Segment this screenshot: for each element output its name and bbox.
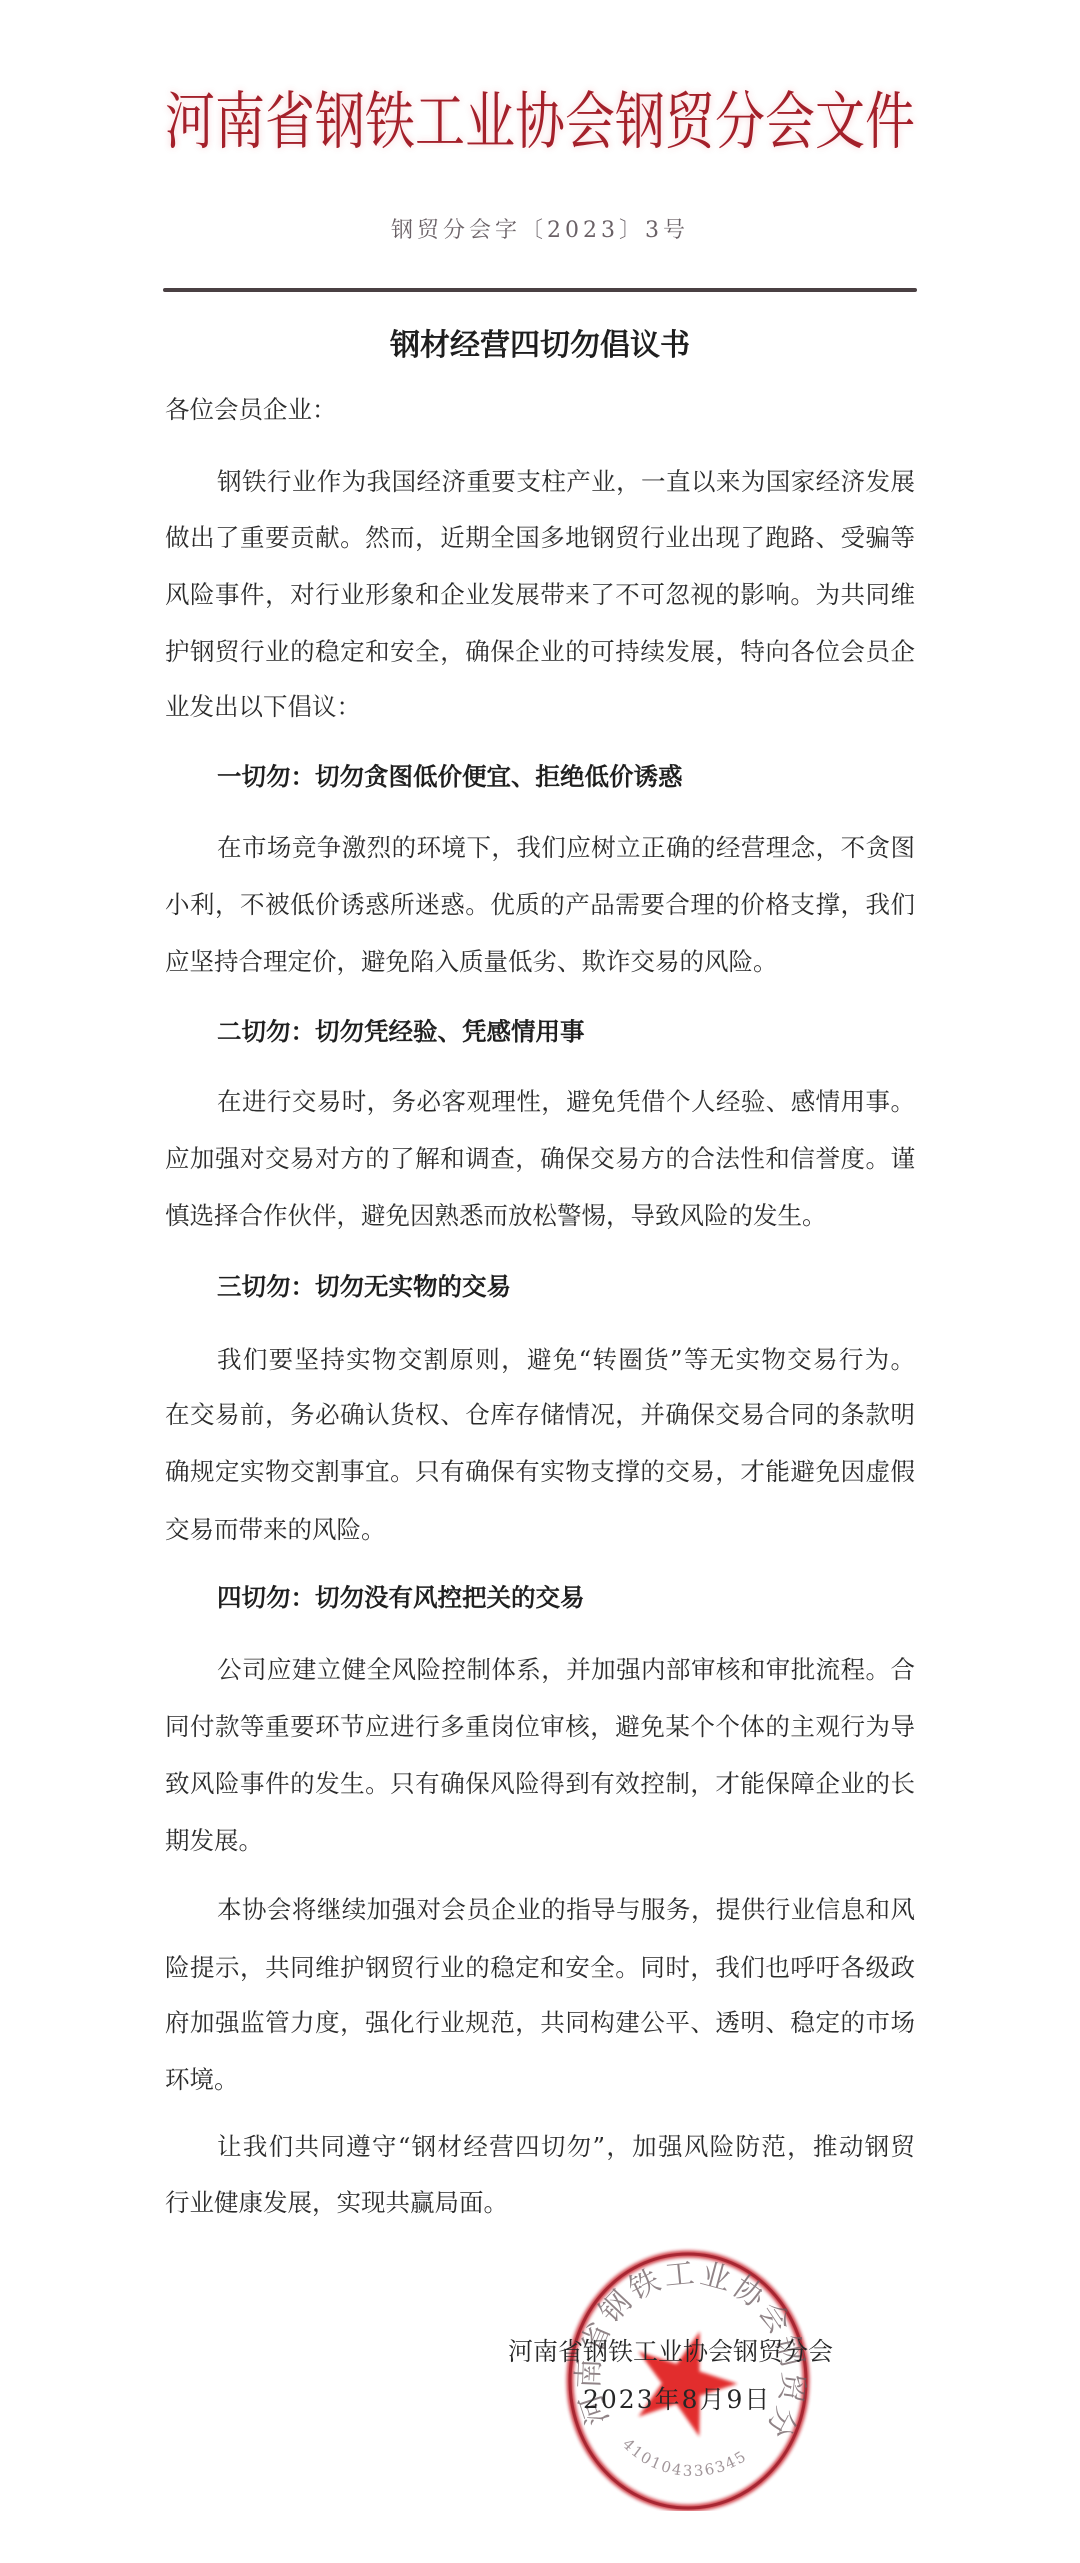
paragraph-line: 交易而带来的风险。 xyxy=(165,1513,915,1547)
paragraph-line: 在市场竞争激烈的环境下，我们应树立正确的经营理念，不贪图 xyxy=(217,831,915,865)
paragraph-line: 做出了重要贡献。然而，近期全国多地钢贸行业出现了跑路、受骗等 xyxy=(165,521,915,555)
section-title: 四切勿：切勿没有风控把关的交易 xyxy=(217,1581,585,1615)
paragraph-line: 环境。 xyxy=(165,2063,915,2097)
paragraph-line: 应加强对交易对方的了解和调查，确保交易方的合法性和信誉度。谨 xyxy=(165,1142,915,1176)
section-title: 一切勿：切勿贪图低价便宜、拒绝低价诱惑 xyxy=(217,760,683,794)
paragraph-line: 本协会将继续加强对会员企业的指导与服务，提供行业信息和风 xyxy=(217,1893,915,1927)
header-divider xyxy=(163,288,917,292)
paragraph-line: 风险事件，对行业形象和企业发展带来了不可忽视的影响。为共同维 xyxy=(165,578,915,612)
paragraph-line: 护钢贸行业的稳定和安全，确保企业的可持续发展，特向各位会员企 xyxy=(165,635,915,669)
paragraph-line: 公司应建立健全风险控制体系，并加强内部审核和审批流程。合 xyxy=(217,1653,915,1687)
salutation: 各位会员企业： xyxy=(165,393,337,427)
paragraph-line: 应坚持合理定价，避免陷入质量低劣、欺诈交易的风险。 xyxy=(165,945,915,979)
paragraph-line: 期发展。 xyxy=(165,1824,915,1858)
paragraph-line: 慎选择合作伙伴，避免因熟悉而放松警惕，导致风险的发生。 xyxy=(165,1199,915,1233)
paragraph-line: 确规定实物交割事宜。只有确保有实物支撑的交易，才能避免因虚假 xyxy=(165,1455,915,1489)
document-heading: 钢材经营四切勿倡议书 xyxy=(0,326,1080,366)
document-number: 钢贸分会字〔2023〕3号 xyxy=(0,215,1080,247)
paragraph-line: 在进行交易时，务必客观理性，避免凭借个人经验、感情用事。 xyxy=(217,1085,915,1119)
section-title: 三切勿：切勿无实物的交易 xyxy=(217,1270,511,1304)
seal-icon: 河南省钢铁工业协会钢贸分会 4101043363456 xyxy=(560,2245,826,2511)
paragraph-line: 险提示，共同维护钢贸行业的稳定和安全。同时，我们也呼吁各级政 xyxy=(165,1951,915,1985)
paragraph-line: 让我们共同遵守“钢材经营四切勿”，加强风险防范，推动钢贸 xyxy=(217,2130,915,2164)
document-header-title: 河南省钢铁工业协会钢贸分会文件 xyxy=(0,78,1080,166)
paragraph-line: 府加强监管力度，强化行业规范，共同构建公平、透明、稳定的市场 xyxy=(165,2006,915,2040)
official-seal: 河南省钢铁工业协会钢贸分会 4101043363456 xyxy=(560,2245,826,2511)
paragraph-line: 致风险事件的发生。只有确保风险得到有效控制，才能保障企业的长 xyxy=(165,1767,915,1801)
section-title: 二切勿：切勿凭经验、凭感情用事 xyxy=(217,1015,585,1049)
signature-date: 2023年8月9日 xyxy=(583,2383,771,2417)
paragraph-line: 业发出以下倡议： xyxy=(165,690,915,724)
paragraph-line: 同付款等重要环节应进行多重岗位审核，避免某个个体的主观行为导 xyxy=(165,1710,915,1744)
paragraph-line: 小利，不被低价诱惑所迷惑。优质的产品需要合理的价格支撑，我们 xyxy=(165,888,915,922)
paragraph-line: 钢铁行业作为我国经济重要支柱产业，一直以来为国家经济发展 xyxy=(217,465,915,499)
signature-organization: 河南省钢铁工业协会钢贸分会 xyxy=(508,2335,833,2369)
paragraph-line: 在交易前，务必确认货权、仓库存储情况，并确保交易合同的条款明 xyxy=(165,1398,915,1432)
paragraph-line: 我们要坚持实物交割原则，避免“转圈货”等无实物交易行为。 xyxy=(217,1343,915,1377)
paragraph-line: 行业健康发展，实现共赢局面。 xyxy=(165,2186,915,2220)
